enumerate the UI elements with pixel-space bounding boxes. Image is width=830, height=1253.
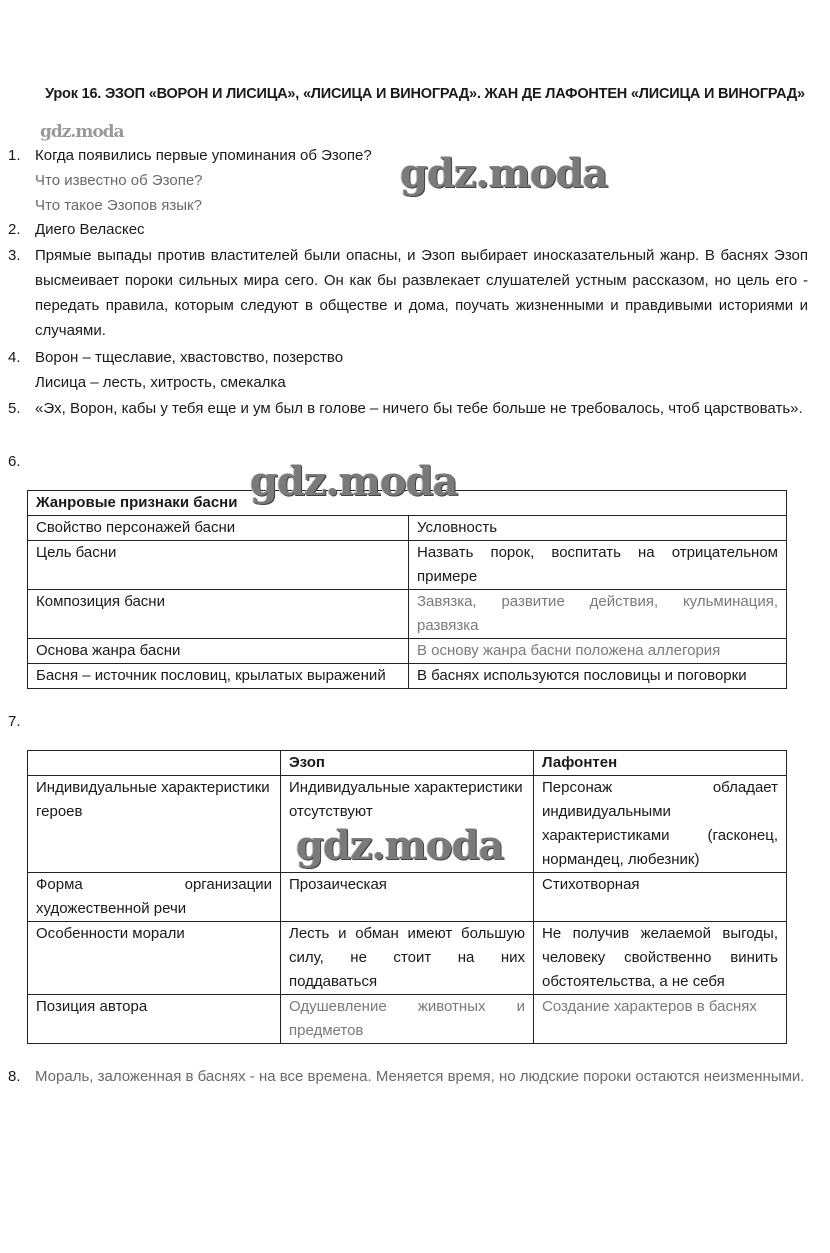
table-cell: Басня – источник пословиц, крылатых выра…: [28, 664, 409, 689]
table-cell: Индивидуальные характеристики героев: [28, 776, 281, 873]
table-header-cell: Лафонтен: [534, 751, 787, 776]
answer-text: «Эх, Ворон, кабы у тебя еще и ум был в г…: [35, 396, 808, 421]
table-cell: В основу жанра басни положена аллегория: [409, 639, 787, 664]
table-row: Композиция басни Завязка, развитие дейст…: [28, 590, 787, 639]
item-number: 8.: [8, 1064, 32, 1089]
table-cell: Условность: [409, 516, 787, 541]
answer-5: 5. «Эх, Ворон, кабы у тебя еще и ум был …: [8, 396, 808, 421]
table-cell: Не получив желаемой выгоды, человеку сво…: [534, 922, 787, 995]
table-row: Позиция автора Одушевление животных и пр…: [28, 995, 787, 1044]
table-cell: Создание характеров в баснях: [534, 995, 787, 1044]
answer-text: Мораль, заложенная в баснях - на все вре…: [35, 1064, 808, 1089]
item-number: 7.: [8, 709, 32, 734]
answer-text: Прямые выпады против властителей были оп…: [35, 243, 808, 343]
answer-2: 2. Диего Веласкес: [8, 217, 808, 242]
table-cell: Позиция автора: [28, 995, 281, 1044]
answer-3: 3. Прямые выпады против властителей были…: [8, 243, 808, 343]
table-cell: Прозаическая: [281, 873, 534, 922]
item-number: 6.: [8, 449, 32, 474]
table-header-cell: Эзоп: [281, 751, 534, 776]
answer-line: Ворон – тщеславие, хвастовство, позерств…: [35, 345, 808, 370]
table-cell: Свойство персонажей басни: [28, 516, 409, 541]
table-row: Свойство персонажей басни Условность: [28, 516, 787, 541]
table-cell: Особенности морали: [28, 922, 281, 995]
table-row: Басня – источник пословиц, крылатых выра…: [28, 664, 787, 689]
page-title: Урок 16. ЭЗОП «ВОРОН И ЛИСИЦА», «ЛИСИЦА …: [40, 83, 810, 106]
table-cell: Стихотворная: [534, 873, 787, 922]
answer-line: Лисица – лесть, хитрость, смекалка: [35, 370, 808, 395]
table-row: Особенности морали Лесть и обман имеют б…: [28, 922, 787, 995]
watermark-logo-small: gdz.moda: [40, 122, 124, 142]
aesop-lafontaine-table: Эзоп Лафонтен Индивидуальные характерист…: [27, 750, 787, 1044]
watermark-logo: gdz.moda: [250, 458, 457, 505]
answer-text: Диего Веласкес: [35, 217, 808, 242]
item-number: 1.: [8, 143, 32, 168]
watermark-logo: gdz.moda: [296, 822, 503, 869]
table-cell: Лесть и обман имеют большую силу, не сто…: [281, 922, 534, 995]
table-cell: В баснях используются пословицы и погово…: [409, 664, 787, 689]
table-row: Основа жанра басни В основу жанра басни …: [28, 639, 787, 664]
table-cell: Цель басни: [28, 541, 409, 590]
table-cell: Завязка, развитие действия, кульминация,…: [409, 590, 787, 639]
table-cell: Композиция басни: [28, 590, 409, 639]
table-cell: Форма организации художественной речи: [28, 873, 281, 922]
answer-4: 4. Ворон – тщеславие, хвастовство, позер…: [8, 345, 808, 395]
item-number: 4.: [8, 345, 32, 370]
table-cell: Персонаж обладает индивидуальными характ…: [534, 776, 787, 873]
table-cell: Основа жанра басни: [28, 639, 409, 664]
item-number: 5.: [8, 396, 32, 421]
item-number: 3.: [8, 243, 32, 268]
genre-features-table: Жанровые признаки басни Свойство персона…: [27, 490, 787, 689]
watermark-logo: gdz.moda: [400, 150, 607, 197]
item-number: 2.: [8, 217, 32, 242]
table-row: Форма организации художественной речи Пр…: [28, 873, 787, 922]
table-row: Цель басни Назвать порок, воспитать на о…: [28, 541, 787, 590]
table-cell: Одушевление животных и предметов: [281, 995, 534, 1044]
table-cell: Назвать порок, воспитать на отрицательно…: [409, 541, 787, 590]
answer-8: 8. Мораль, заложенная в баснях - на все …: [8, 1064, 808, 1089]
table-header-cell: [28, 751, 281, 776]
table-header-row: Эзоп Лафонтен: [28, 751, 787, 776]
